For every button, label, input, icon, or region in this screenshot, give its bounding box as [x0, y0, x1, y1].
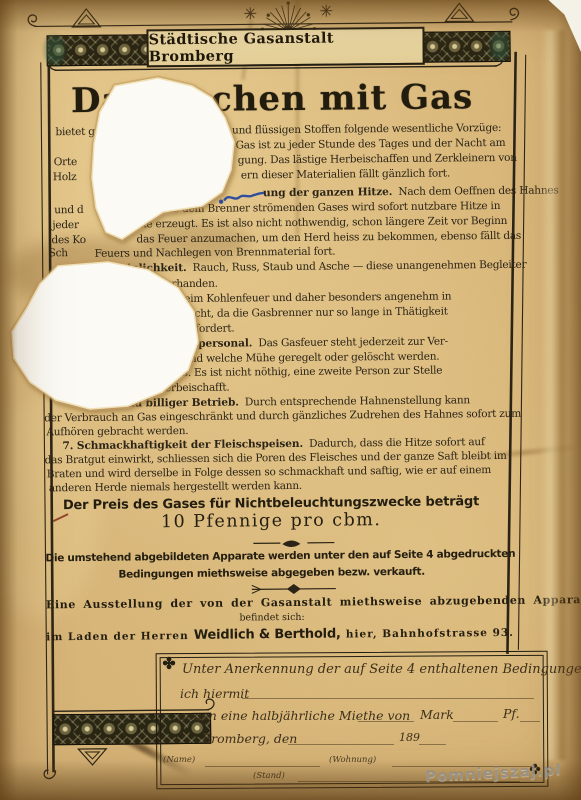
body-line: und d — [54, 204, 83, 216]
quatrefoil-mark-icon — [162, 656, 176, 670]
body-line: Orte — [54, 156, 77, 168]
triangle-ornament-down — [78, 749, 106, 765]
body-line: Aufhören gebracht werden. — [46, 425, 188, 438]
top-frame-line — [34, 22, 512, 27]
form-intro: ich hiermit — [180, 686, 249, 701]
spiral-curl-ornament — [510, 8, 518, 20]
form-year: 189 — [399, 731, 420, 744]
body-line: Feuers und Nachlegen von Brennmaterial f… — [95, 246, 336, 260]
form-blank-line — [205, 766, 320, 767]
body-line: des Ko — [51, 234, 85, 246]
leaf-divider — [253, 540, 334, 547]
bold-lead: Reinlichkeit. — [112, 262, 187, 275]
form-blank-line — [288, 744, 394, 745]
form-pf-label: Pf. — [503, 706, 520, 721]
form-intro: Unter Anerkennung der auf Seite 4 enthal… — [182, 662, 581, 677]
body-line: erstellung der Speisen erfordert. — [65, 323, 234, 337]
bold-lead: ängigkeit vom Dienstpersonal. — [73, 337, 252, 351]
form-name-label: (Name) — [163, 755, 195, 765]
star-ornament — [320, 5, 332, 17]
body-text: Nach dem Oeffnen des Hahnes — [398, 184, 558, 198]
bold-lead: lästige Hitze, — [73, 293, 151, 306]
masthead-plate: Städtische Gasanstalt Bromberg — [146, 27, 424, 68]
bold-lead: samer und billiger Betrieb. — [80, 396, 239, 410]
exhibition-prefix: im Laden der Herren — [46, 630, 189, 643]
arrow-divider — [252, 584, 336, 595]
band-underline — [55, 66, 497, 70]
form-stand-label: (Stand) — [253, 771, 285, 781]
body-line: Sch — [49, 247, 68, 259]
exhibition-address: hier, Bahnhofstrasse 93. — [346, 627, 514, 641]
spiral-curl-ornament — [28, 15, 36, 27]
form-blank-line — [520, 721, 540, 722]
star-ornament — [244, 7, 256, 19]
form-blank-line — [358, 721, 414, 722]
body-text: Durch entsprechende Hahnenstellung kann — [245, 394, 470, 408]
scanned-document-page: Städtische Gasanstalt Bromberg Das Koche… — [0, 0, 581, 800]
masthead-title: Städtische Gasanstalt Bromberg — [148, 29, 422, 66]
form-blank-line — [453, 721, 498, 722]
body-line: ern dieser Materialien fällt gänzlich fo… — [241, 167, 450, 181]
bold-lead: ung der ganzen Hitze. — [263, 186, 392, 199]
teal-stain — [490, 32, 508, 60]
form-mark-label: Mark — [420, 707, 454, 722]
page-title: Das Kochen mit Gas — [52, 77, 492, 121]
ink-blot — [54, 297, 73, 313]
body-line: gs Brennmaterial herbeischafft. — [66, 382, 230, 396]
body-text: Dadurch, dass die Hitze sofort auf — [309, 436, 485, 450]
bold-lead: 7. Schmackhaftigkeit der Fleischspeisen. — [62, 438, 303, 452]
body-text: Das Gasfeuer steht jederzeit zur Ver- — [258, 335, 448, 349]
body-line: anderen Herde niemals hergestellt werden… — [49, 480, 302, 494]
body-line: jeder — [52, 219, 79, 231]
form-blank-line — [242, 698, 534, 699]
teal-stain — [44, 36, 64, 64]
form-home-label: (Wohnung) — [329, 755, 376, 765]
triangle-ornament-down — [85, 752, 99, 759]
body-line: erung — sind nicht vorhanden. — [59, 278, 218, 292]
body-line: Holz — [53, 171, 77, 183]
form-place-date: Bromberg, den — [202, 731, 297, 746]
form-blank-line — [419, 744, 446, 745]
exhibition-shop-names: Weidlich & Berthold, — [194, 627, 341, 643]
sunburst-fan-icon — [261, 2, 316, 32]
body-line: bietet g — [55, 126, 94, 138]
